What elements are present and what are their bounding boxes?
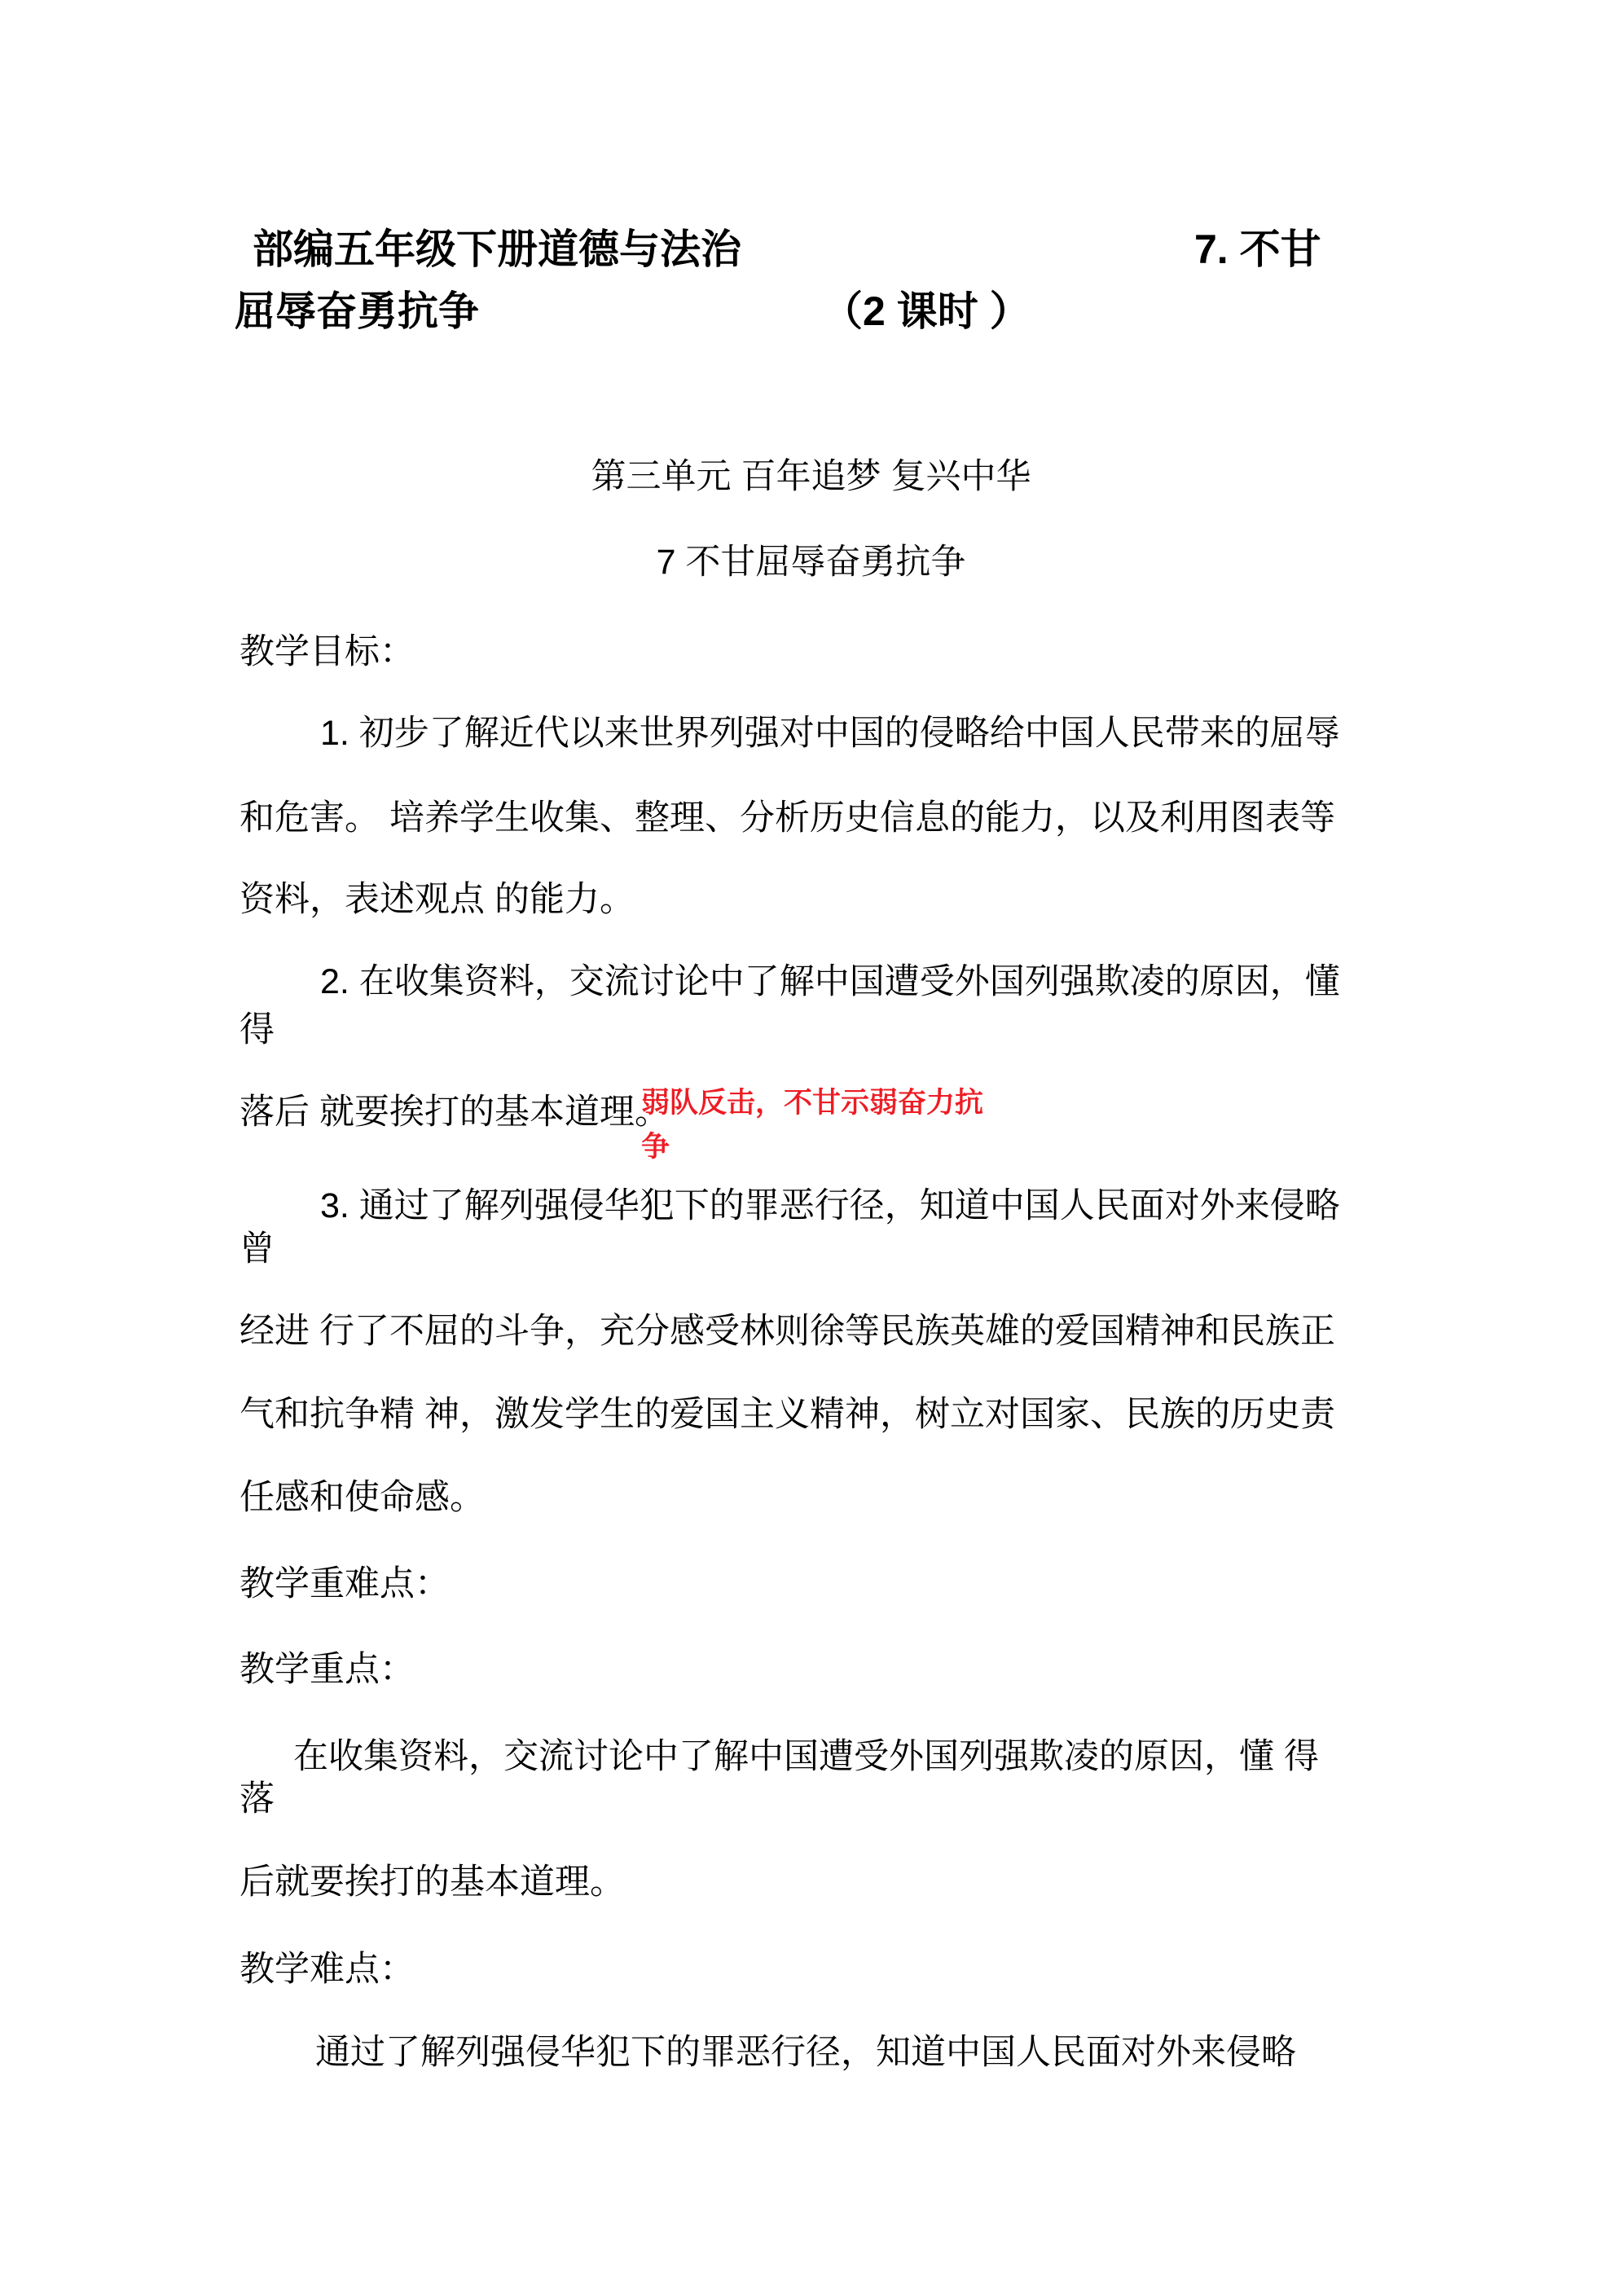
objective-1-line-2: 和危害。 培养学生收集、整理、分析历史信息的能力，以及利用图表等 [240, 798, 1335, 838]
red-annotation-line-2: 争 [641, 1133, 670, 1161]
key-point-label: 教学重点： [240, 1650, 415, 1690]
objective-3-line-3: 经进 行了不屈的斗争，充分感受林则徐等民族英雄的爱国精神和民族正 [240, 1312, 1335, 1352]
title-row2-right: （2 课时 ） [822, 288, 1031, 336]
document-page: 部编五年级下册道德与法治 7. 不甘 屈辱奋勇抗争 （2 课时 ） 第三单元 百… [0, 0, 1622, 2296]
key-point-line-2: 落 [240, 1779, 275, 1819]
objective-3-line-5: 任感和使命感。 [240, 1478, 485, 1518]
objective-1-line-1: 1. 初步了解近代以来世界列强对中国的侵略给中国人民带来的屈辱 [320, 714, 1340, 754]
title-row1-right: 7. 不甘 [1194, 227, 1321, 274]
objectives-label: 教学目标： [240, 632, 415, 672]
difficult-point-label: 教学难点： [240, 1950, 415, 1990]
objective-1-line-3: 资料，表述观点 的能力。 [240, 880, 635, 920]
objective-2-line-2: 得 [240, 1010, 275, 1050]
key-point-line-1: 在收集资料，交流讨论中了解中国遭受外国列强欺凌的原因，懂 得 [293, 1737, 1319, 1777]
key-points-label: 教学重难点： [240, 1564, 450, 1604]
difficult-point-line-1: 通过了解列强侵华犯下的罪恶行径，知道中国人民面对外来侵略 [315, 2033, 1296, 2073]
title-row1-left: 部编五年级下册道德与法治 [253, 227, 741, 274]
objective-3-line-4: 气和抗争精 神，激发学生的爱国主义精神，树立对国家、民族的历史责 [240, 1395, 1335, 1435]
objective-2-line-1: 2. 在收集资料，交流讨论中了解中国遭受外国列强欺凌的原因，懂 [320, 962, 1340, 1002]
lesson-heading: 7 不甘屈辱奋勇抗争 [0, 543, 1622, 583]
red-annotation-line-1: 弱队反击，不甘示弱奋力抗 [641, 1089, 983, 1117]
objective-3-line-2: 曾 [240, 1229, 275, 1269]
title-row2-left: 屈辱奋勇抗争 [235, 288, 479, 336]
objective-3-line-1: 3. 通过了解列强侵华犯下的罪恶行径，知道中国人民面对外来侵略 [320, 1186, 1340, 1226]
key-point-line-3: 后就要挨打的基本道理。 [240, 1863, 625, 1902]
unit-heading: 第三单元 百年追梦 复兴中华 [0, 457, 1622, 497]
objective-2-line-3: 落后 就要挨打的基本道理。 [240, 1093, 670, 1133]
